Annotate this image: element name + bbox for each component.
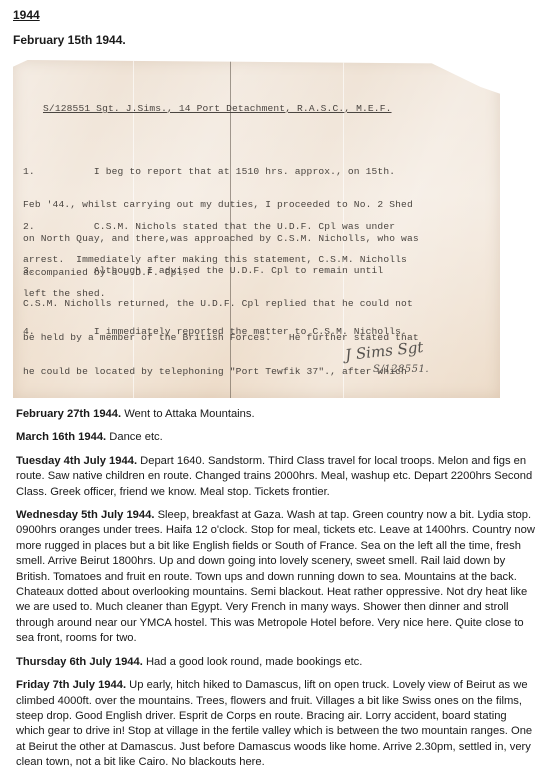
report-header: S/128551 Sgt. J.Sims., 14 Port Detachmen… [43, 103, 392, 114]
entry-date: Thursday 6th July 1944. [16, 656, 143, 668]
entry-text: Sleep, breakfast at Gaza. Wash at tap. G… [16, 509, 535, 644]
report-line: 4. I immediately reported the matter to … [23, 326, 407, 337]
diary-entry: Thursday 6th July 1944. Had a good look … [16, 655, 536, 670]
diary-entry: March 16th 1944. Dance etc. [16, 430, 536, 445]
entry-date: March 16th 1944. [16, 431, 106, 443]
diary-entry: Wednesday 5th July 1944. Sleep, breakfas… [16, 508, 536, 647]
report-line: 1. I beg to report that at 1510 hrs. app… [23, 166, 419, 177]
year-heading: 1944 [13, 8, 40, 22]
diary-entry: Tuesday 4th July 1944. Depart 1640. Sand… [16, 454, 536, 500]
scanned-report-image: S/128551 Sgt. J.Sims., 14 Port Detachmen… [13, 60, 500, 398]
report-line: 3. Although I advised the U.D.F. Cpl to … [23, 265, 419, 276]
diary-entry: Friday 7th July 1944. Up early, hitch hi… [16, 678, 536, 770]
entry-text: Went to Attaka Mountains. [121, 408, 255, 420]
date-heading: February 15th 1944. [13, 33, 126, 47]
diary-entry: February 27th 1944. Went to Attaka Mount… [16, 407, 536, 422]
signature-service-number: S/128551. [373, 364, 429, 375]
entry-date: Wednesday 5th July 1944. [16, 509, 154, 521]
report-line: 2. C.S.M. Nichols stated that the U.D.F.… [23, 221, 407, 232]
entry-date: February 27th 1944. [16, 408, 121, 420]
entry-date: Tuesday 4th July 1944. [16, 455, 137, 467]
entry-text: Up early, hitch hiked to Damascus, lift … [16, 679, 532, 768]
diary-entries: February 27th 1944. Went to Attaka Mount… [16, 407, 536, 779]
report-line: he could be located by telephoning "Port… [23, 366, 419, 377]
entry-text: Had a good look round, made bookings etc… [143, 656, 363, 668]
entry-text: Dance etc. [106, 431, 163, 443]
entry-date: Friday 7th July 1944. [16, 679, 126, 691]
